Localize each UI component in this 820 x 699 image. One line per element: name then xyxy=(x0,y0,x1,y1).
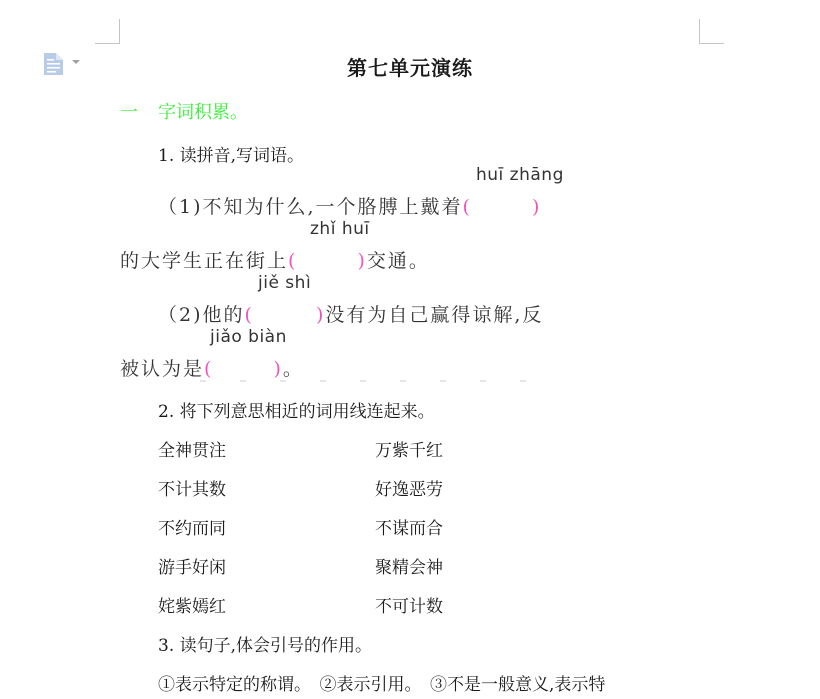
q2-right-item: 不可计数 xyxy=(375,592,443,617)
pinyin-3: jiě shì xyxy=(258,273,311,293)
page-corner-top-left xyxy=(95,19,120,44)
page-corner-top-right xyxy=(699,19,724,44)
q1-line2: 的大学生正在街上()交通。 xyxy=(120,246,430,273)
q1-line4: 被认为是()。 xyxy=(120,354,304,381)
q1-line3: （2)他的()没有为自己赢得谅解,反 xyxy=(158,300,543,327)
q2-left-item: 不约而同 xyxy=(158,514,226,539)
pinyin-exercise-image: huī zhāng （1)不知为什么,一个胳膊上戴着() zhǐ huī 的大学… xyxy=(118,160,588,385)
pinyin-2: zhǐ huī xyxy=(310,219,370,239)
q2-right-item: 聚精会神 xyxy=(375,553,443,578)
page-title: 第七单元演练 xyxy=(0,52,820,81)
section-label: 字词积累。 xyxy=(158,102,248,123)
q2-left-item: 游手好闲 xyxy=(158,553,226,578)
image-crop-edge xyxy=(200,380,560,382)
q2-left-item: 全神贯注 xyxy=(158,436,226,461)
q2-heading: 2. 将下列意思相近的词用线连起来。 xyxy=(158,397,435,422)
pinyin-4: jiǎo biàn xyxy=(210,327,287,347)
pinyin-1: huī zhāng xyxy=(476,165,564,185)
q2-right-item: 万紫千红 xyxy=(375,436,443,461)
q2-right-item: 不谋而合 xyxy=(375,514,443,539)
section-number: 一 xyxy=(120,98,158,124)
q2-right-item: 好逸恶劳 xyxy=(375,475,443,500)
q2-left-item: 不计其数 xyxy=(158,475,226,500)
q2-left-item: 姹紫嫣红 xyxy=(158,592,226,617)
q3-options: ①表示特定的称谓。 ②表示引用。 ③不是一般意义,表示特 xyxy=(158,670,605,695)
q3-heading: 3. 读句子,体会引号的作用。 xyxy=(158,631,372,656)
q1-line1: （1)不知为什么,一个胳膊上戴着() xyxy=(158,192,541,219)
section-heading: 一字词积累。 xyxy=(120,98,248,124)
